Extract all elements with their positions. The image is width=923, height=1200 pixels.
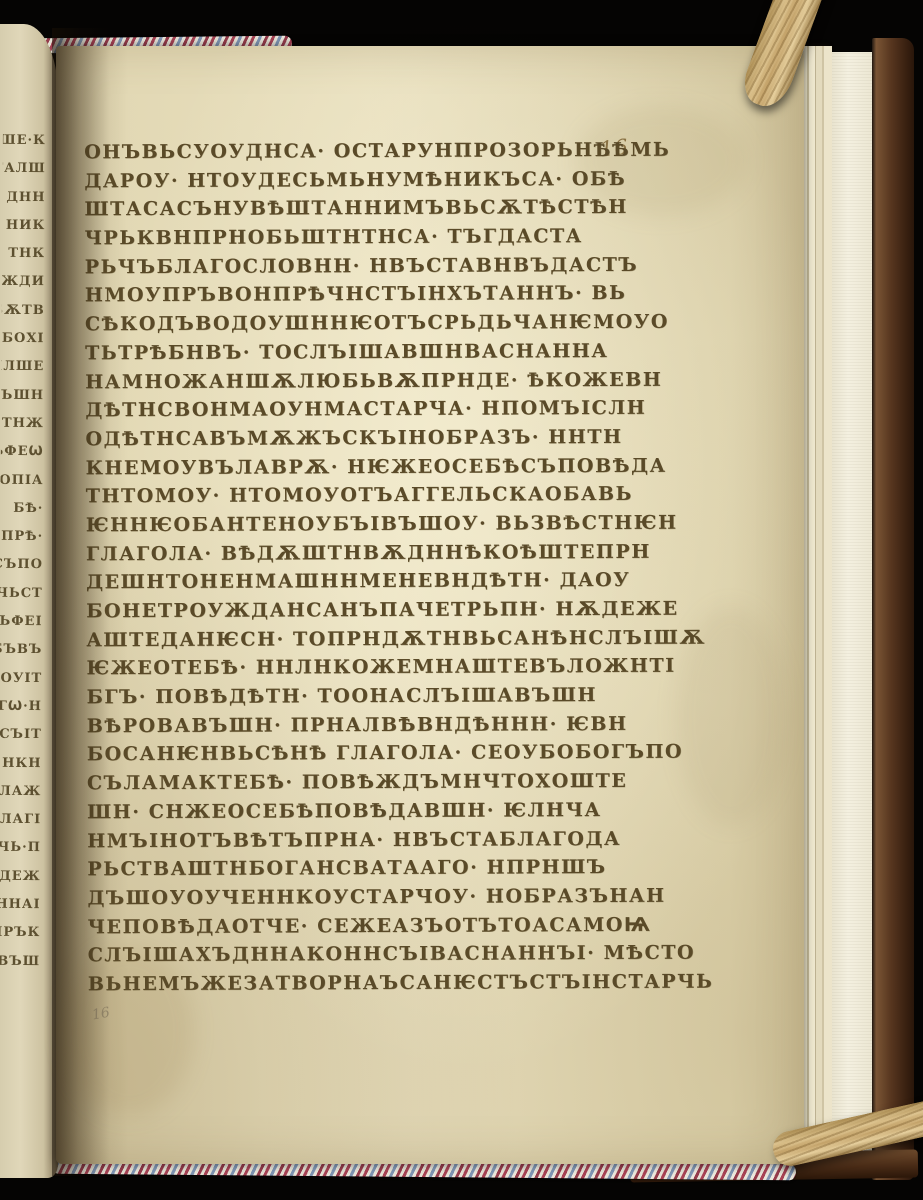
manuscript-text-line: ЧРЬКВНПРНОБЬШТНТНСА· ТЪГДАСТА bbox=[85, 225, 675, 256]
facing-page-text-fragment: БОХІ bbox=[1, 331, 51, 360]
manuscript-text-line: ДѢТНСВОНМАОУНМАСТАРЧА· НПОМЪІСЛН bbox=[85, 397, 675, 428]
facing-page-text-fragment: НКН bbox=[0, 755, 49, 784]
facing-page-text-fragment: НДЕЖ bbox=[0, 869, 48, 898]
facing-page-edge: ШЕ·КТАЛШДНННИКТНКОЖДИБѪТВБОХІЛЛШЕВЪШНТНЖ… bbox=[0, 24, 58, 1178]
manuscript-text-line: ЧЕПОВѢДАОТЧЕ· СЕЖЕАЗЪОТЪТОАСАМОѨ bbox=[88, 913, 678, 944]
manuscript-text-line: ВѢРОВАВЪШН· ПРНАЛВѢВНДѢННН· ѤВН bbox=[87, 712, 677, 743]
facing-page-text-fragment: ДНН bbox=[2, 189, 52, 218]
manuscript-text-block: ОНЪВЬСУОУДНСА· ОСТАРУНПРОЗОРЬНѢѢМЬДАРОУ·… bbox=[84, 139, 678, 1002]
facing-page-text-fragment: ТАЛШ bbox=[3, 161, 53, 190]
facing-page-text-fragment: ЧЬСТ bbox=[0, 586, 50, 615]
flyleaf-paper-edge bbox=[832, 52, 872, 1158]
facing-page-text-fragment: ВЪШН bbox=[1, 388, 51, 417]
facing-page-text-fragment: НИК bbox=[2, 218, 52, 247]
facing-page-text-fragment: ГОПІА bbox=[0, 472, 50, 501]
leather-cover-edge-right bbox=[872, 38, 914, 1180]
manuscript-text-line: СЛЪІШАХЪДННАКОННСЪІВАСНАННЪІ· МѢСТО bbox=[88, 942, 678, 973]
facing-page-text-fragment: ЛЛШЕ bbox=[1, 359, 51, 388]
manuscript-text-line: НМЪІНОТЪВѢТЪПРНА· НВЪСТАБЛАГОДА bbox=[87, 827, 677, 858]
facing-page-text-fragment: ѢФЕѠ bbox=[1, 444, 51, 473]
facing-page-text-fragment: НИРЪК bbox=[0, 925, 47, 954]
manuscript-text-line: СѢКОДЪВОДОУШННѤОТЪСРЬДЬЧАНѤМОУО bbox=[85, 311, 675, 342]
facing-page-text-fragment: ЧЬ·П bbox=[0, 840, 48, 869]
facing-page-text-fragment: ТНЖ bbox=[1, 416, 51, 445]
facing-page-text-fragment: ЛАГІ bbox=[0, 812, 48, 841]
facing-page-text-fragment: ЪФЕІ bbox=[0, 614, 50, 643]
facing-page-text-fragment: ТНК bbox=[2, 246, 52, 275]
facing-page-text-fragment: ·БѢ bbox=[0, 501, 50, 530]
facing-page-text-fragment: ШЕ·К bbox=[3, 133, 53, 162]
facing-page-text-fragment: СЪПО bbox=[0, 557, 50, 586]
manuscript-text-line: ГЛАГОЛА· ВѢДѪШТНВѪДННѢКОѢШТЕПРН bbox=[86, 540, 676, 571]
facing-page-text-fragment: ННАІ bbox=[0, 897, 48, 926]
manuscript-text-line: ТНТОМОУ· НТОМОУОТЪАГГЕЛЬСКАОБАВЬ bbox=[86, 483, 676, 514]
facing-page-text-fragment: ОУІТ bbox=[0, 670, 49, 699]
facing-page-text-fragment: ГѠ·Н bbox=[0, 699, 49, 728]
manuscript-text-line: БГЪ· ПОВѢДѢТН· ТООНАСЛЪІШАВЪШН bbox=[87, 684, 677, 715]
facing-page-text-fragment: БЪВЪ bbox=[0, 642, 49, 671]
facing-page-text-fragment: АСЪІТ bbox=[0, 727, 49, 756]
manuscript-text-line: РЬЧЪБЛАГОСЛОВНН· НВЪСТАВНВЪДАСТЪ bbox=[85, 253, 675, 284]
manuscript-text-line: БОСАНѤНВЬСѢНѢ ГЛАГОЛА· СЕОУБОБОГЪПО bbox=[87, 741, 677, 772]
manuscript-text-line: ВЬНЕМЪЖЕЗАТВОРНАЪСАНѤСТЪСТЪІНСТАРЧЬ bbox=[88, 971, 678, 1002]
manuscript-text-line: СЪЛАМАКТЕБѢ· ПОВѢЖДЪМНЧТОХОШТЕ bbox=[87, 770, 677, 801]
manuscript-text-line: АШТЕДАНѤСН· ТОПРНДѪТНВЬСАНѢНСЛЪІШѪ bbox=[86, 626, 676, 657]
manuscript-text-line: РЬСТВАШТНБОГАНСВАТААГО· НПРНШЪ bbox=[87, 856, 677, 887]
manuscript-text-line: ѤЖЕОТЕБѢ· ННЛНКОЖЕМНАШТЕВЪЛОЖНТІ bbox=[86, 655, 676, 686]
facing-page-text-fragment: САВЪШ bbox=[0, 953, 47, 982]
manuscript-text-line: ДЕШНТОНЕНМАШННМЕНЕВНДѢТН· ДАОУ bbox=[86, 569, 676, 600]
facing-page-text: ШЕ·КТАЛШДНННИКТНКОЖДИБѪТВБОХІЛЛШЕВЪШНТНЖ… bbox=[0, 133, 53, 982]
facing-page-text-fragment: ·ПРѢ bbox=[0, 529, 50, 558]
facing-page-text-fragment: ОЖДИ bbox=[2, 274, 52, 303]
manuscript-photo: ШЕ·КТАЛШДНННИКТНКОЖДИБѪТВБОХІЛЛШЕВЪШНТНЖ… bbox=[0, 0, 923, 1200]
manuscript-text-line: ШТАСАСЪНУВѢШТАННИМЪВЬСѪТѢСТѢН bbox=[84, 196, 674, 227]
manuscript-text-line: НАМНОЖАНШѪЛЮБЬВѪПРНДЕ· ѢКОЖЕВН bbox=[85, 368, 675, 399]
manuscript-text-line: ШН· СНЖЕОСЕБѢПОВѢДАВШН· ѤЛНЧА bbox=[87, 799, 677, 830]
manuscript-text-line: БОНЕТРОУЖДАНСАНЪПАЧЕТРЬПН· НѪДЕЖЕ bbox=[86, 598, 676, 629]
manuscript-text-line: ДАРОУ· НТОУДЕСЬМЬНУМѢНИКЪСА· ОБѢ bbox=[84, 167, 674, 198]
manuscript-text-line: ДЪШОУОУЧЕННКОУСТАРЧОУ· НОБРАЗЪНАН bbox=[87, 885, 677, 916]
manuscript-page: 16 ОНЪВЬСУОУДНСА· ОСТАРУНПРОЗОРЬНѢѢМЬДАР… bbox=[56, 46, 804, 1164]
manuscript-text-line: ѤННѤОБАНТЕНОУБЪІВЪШОУ· ВЬЗВѢСТНѤН bbox=[86, 512, 676, 543]
manuscript-text-line: НМОУПРЪВОНПРѢЧНСТЪІНХЪТАННЪ· ВЬ bbox=[85, 282, 675, 313]
facing-page-text-fragment: ЗБЛАЖ bbox=[0, 784, 48, 813]
manuscript-text-line: ОНЪВЬСУОУДНСА· ОСТАРУНПРОЗОРЬНѢѢМЬ bbox=[84, 139, 674, 170]
manuscript-text-line: ОДѢТНСАВЪМѪЖЪСКЪІНОБРАЗЪ· ННТН bbox=[85, 426, 675, 457]
facing-page-text-fragment: БѪТВ bbox=[2, 303, 52, 332]
pencil-foliation: 16 bbox=[91, 1005, 111, 1024]
manuscript-text-line: ТЬТРѢБНВЪ· ТОСЛЪІШАВШНВАСНАННА bbox=[85, 340, 675, 371]
manuscript-text-line: КНЕМОУВЪЛАВРѪ· НѤЖЕОСЕБѢСЪПОВѢДА bbox=[86, 454, 676, 485]
